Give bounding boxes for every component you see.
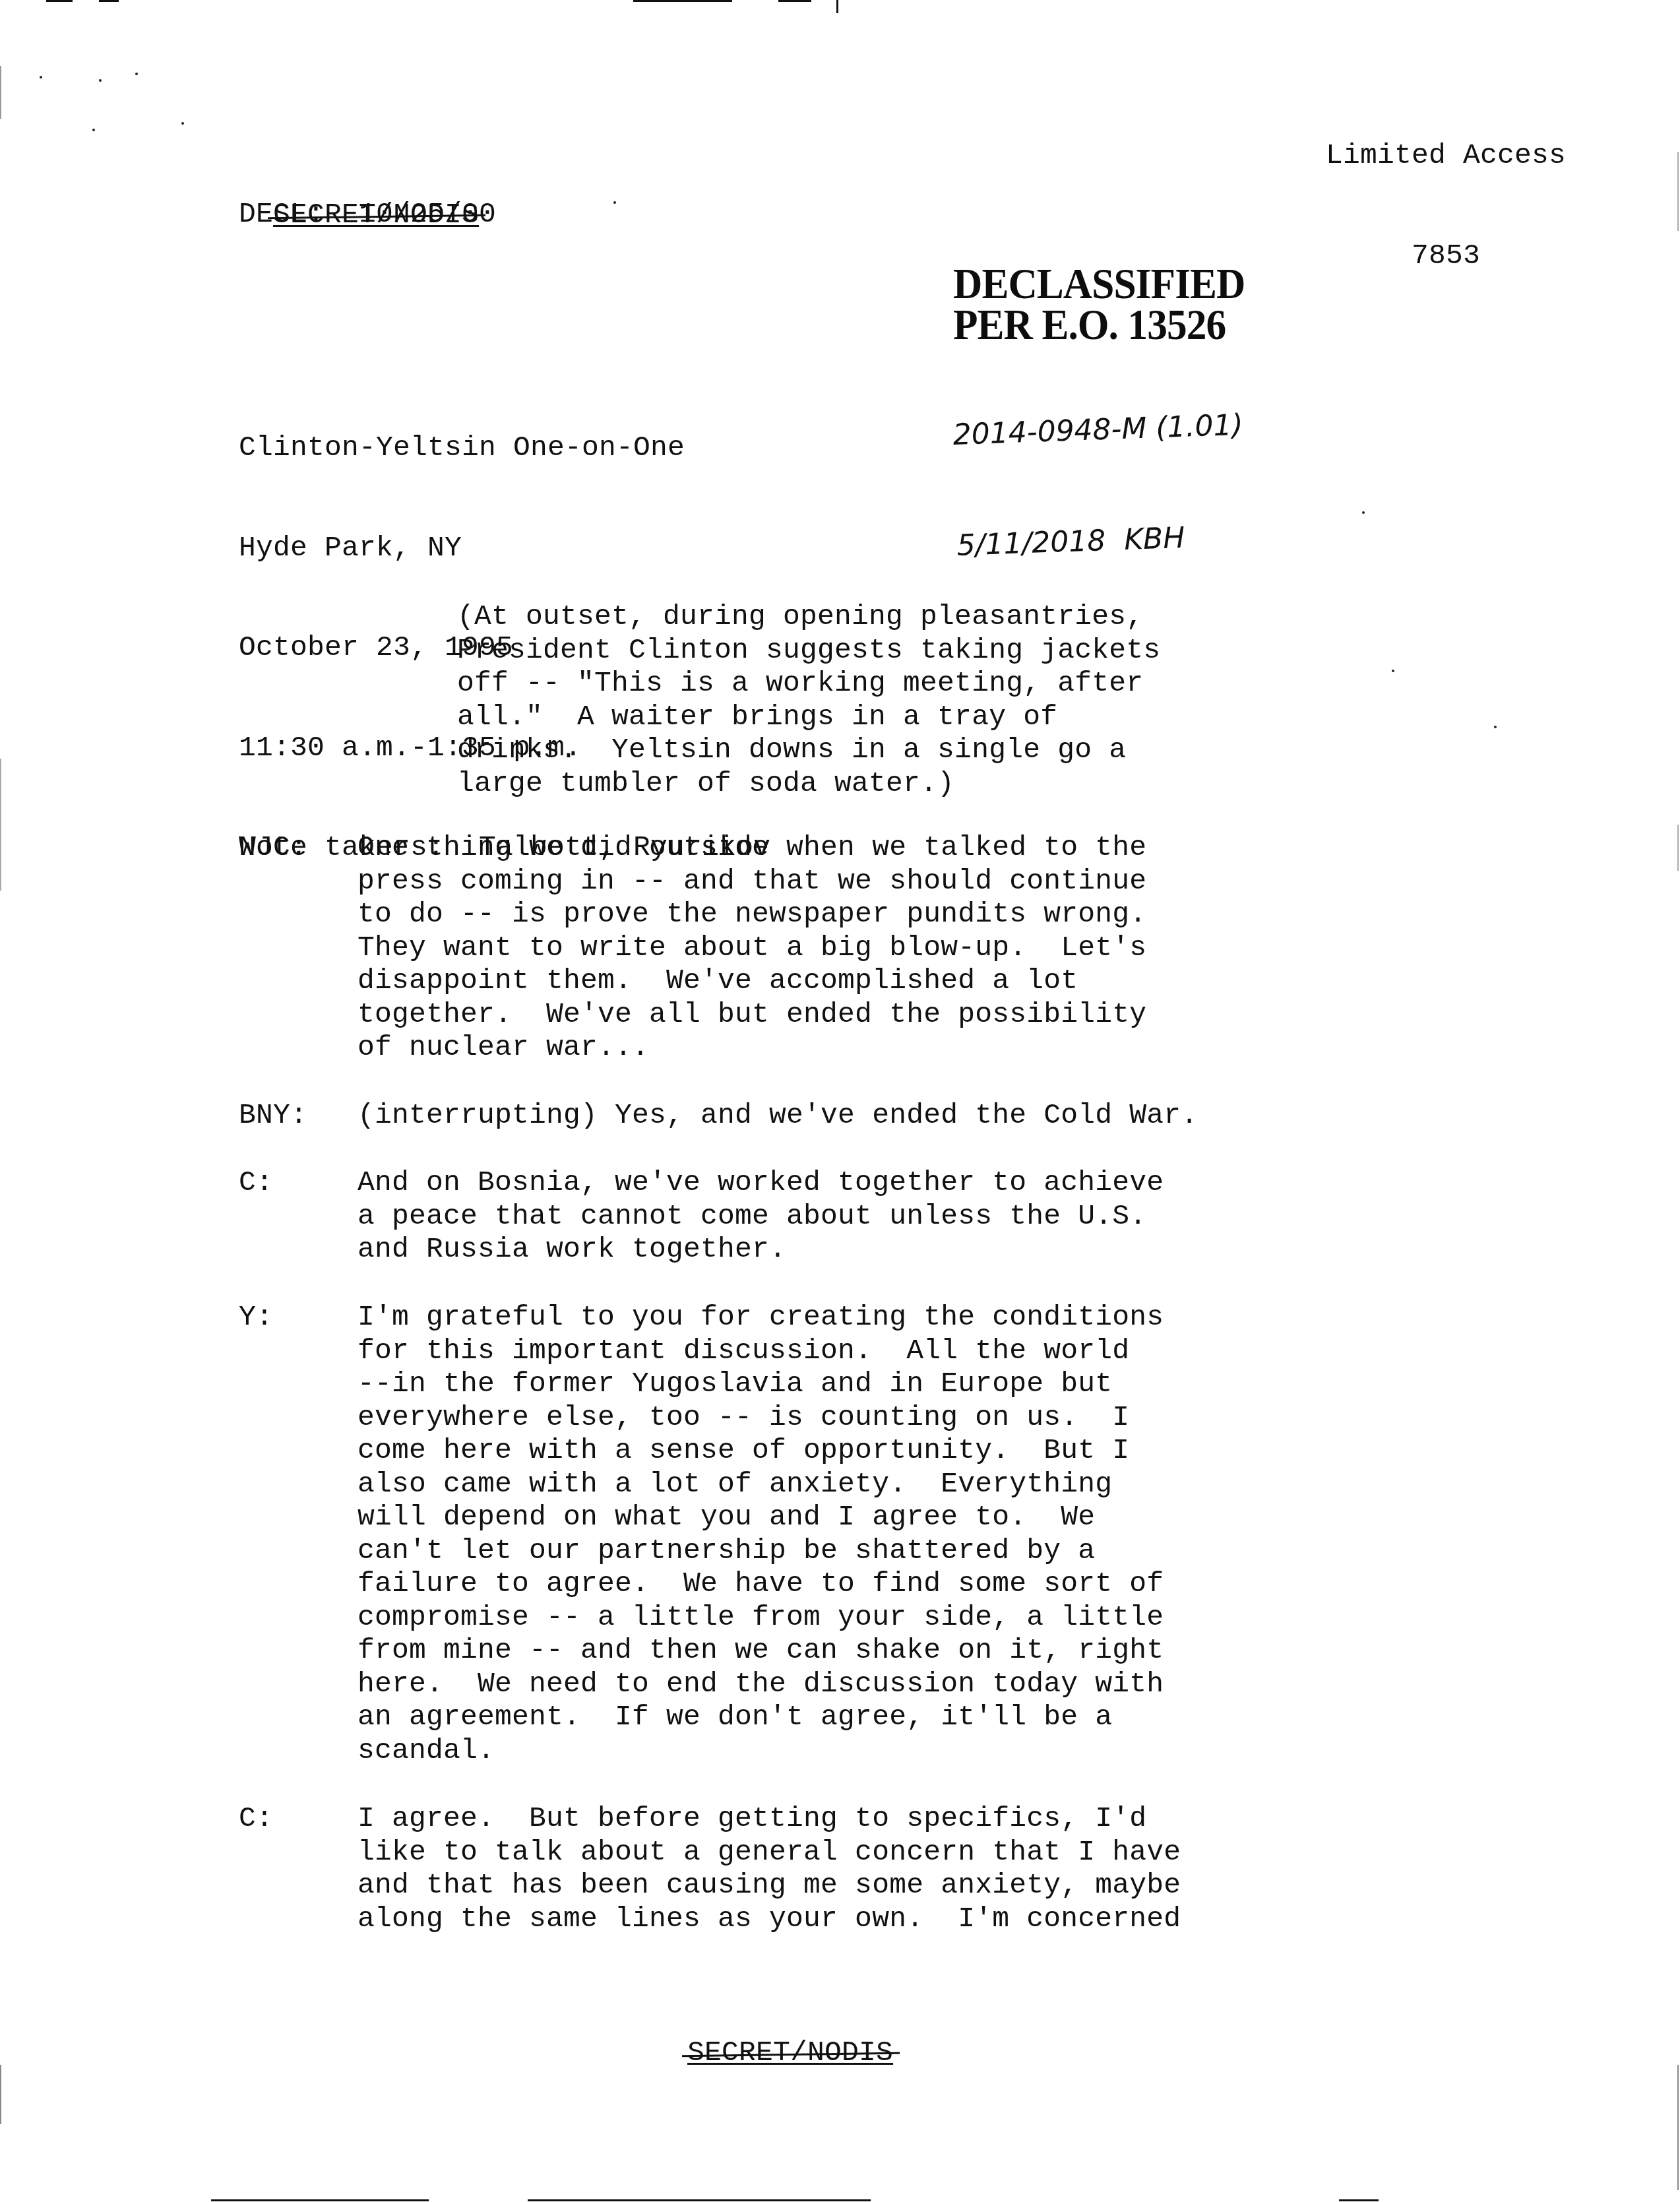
transcript-entry: WJC: One thing we did outside when we ta… bbox=[239, 831, 1146, 1065]
speaker-label: C: bbox=[239, 1166, 358, 1267]
speaker-label: Y: bbox=[239, 1301, 358, 1767]
handwritten-case-number: 2014-0948-M (1.01) bbox=[952, 407, 1244, 454]
speaker-label: BNY: bbox=[239, 1099, 358, 1133]
transcript-entry: C: I agree. But before getting to specif… bbox=[239, 1802, 1181, 1935]
scan-speck bbox=[181, 122, 184, 125]
speaker-label: C: bbox=[239, 1802, 358, 1935]
stamp-line-1: DECLASSIFIED bbox=[953, 264, 1245, 305]
scan-artifact bbox=[1677, 2065, 1679, 2190]
scan-artifact bbox=[0, 66, 1, 119]
scan-artifact bbox=[1677, 152, 1679, 231]
speech-text: I agree. But before getting to specifics… bbox=[358, 1802, 1181, 1935]
transcript-entry: C: And on Bosnia, we've worked together … bbox=[239, 1166, 1164, 1267]
classification-marking-bottom: SECRET/NODIS bbox=[653, 2003, 893, 2069]
scan-speck bbox=[40, 76, 42, 79]
scan-artifact bbox=[211, 2199, 429, 2201]
speech-text: And on Bosnia, we've worked together to … bbox=[358, 1166, 1164, 1267]
access-marking: Limited Access 7853 bbox=[1326, 73, 1566, 306]
scan-artifact bbox=[0, 2065, 1, 2124]
decl-label: DECL: bbox=[239, 198, 325, 230]
transcript-entry: BNY: (interrupting) Yes, and we've ended… bbox=[239, 1099, 1198, 1133]
scan-artifact bbox=[46, 0, 73, 2]
declassify-date-line: DECL: 10/25/00 bbox=[239, 198, 496, 232]
scan-artifact bbox=[836, 0, 838, 13]
scan-speck bbox=[613, 201, 616, 204]
scan-artifact bbox=[99, 0, 119, 2]
scan-artifact bbox=[1339, 2199, 1379, 2201]
scan-artifact bbox=[633, 0, 732, 2]
transcript-entry: Y: I'm grateful to you for creating the … bbox=[239, 1301, 1164, 1767]
intro-note: (At outset, during opening pleasantries,… bbox=[457, 600, 1160, 800]
scan-speck bbox=[1362, 511, 1365, 514]
scan-artifact bbox=[528, 2199, 871, 2201]
decl-date: 10/25/00 bbox=[359, 198, 496, 230]
meeting-location: Hyde Park, NY bbox=[239, 532, 770, 565]
scan-artifact bbox=[0, 759, 1, 891]
handwritten-date-initials: 5/11/2018 KBH bbox=[956, 517, 1248, 564]
scan-speck bbox=[99, 79, 102, 82]
speech-text: I'm grateful to you for creating the con… bbox=[358, 1301, 1164, 1767]
speech-text: (interrupting) Yes, and we've ended the … bbox=[358, 1099, 1198, 1133]
meeting-title: Clinton-Yeltsin One-on-One bbox=[239, 431, 770, 465]
access-number: 7853 bbox=[1326, 239, 1566, 273]
speaker-label: WJC: bbox=[239, 831, 358, 1065]
scan-artifact bbox=[778, 0, 811, 2]
classification-label: SECRET/NODIS bbox=[687, 2036, 893, 2070]
scan-speck bbox=[92, 129, 95, 131]
speech-text: One thing we did outside when we talked … bbox=[358, 831, 1146, 1065]
declassified-stamp: DECLASSIFIED PER E.O. 13526 bbox=[953, 264, 1245, 346]
scan-speck bbox=[1494, 726, 1497, 728]
access-label: Limited Access bbox=[1326, 139, 1566, 173]
scan-artifact bbox=[1677, 825, 1679, 871]
scan-speck bbox=[135, 73, 138, 75]
handwritten-annotation: 2014-0948-M (1.01) 5/11/2018 KBH bbox=[950, 333, 1249, 602]
scan-speck bbox=[1392, 670, 1394, 672]
